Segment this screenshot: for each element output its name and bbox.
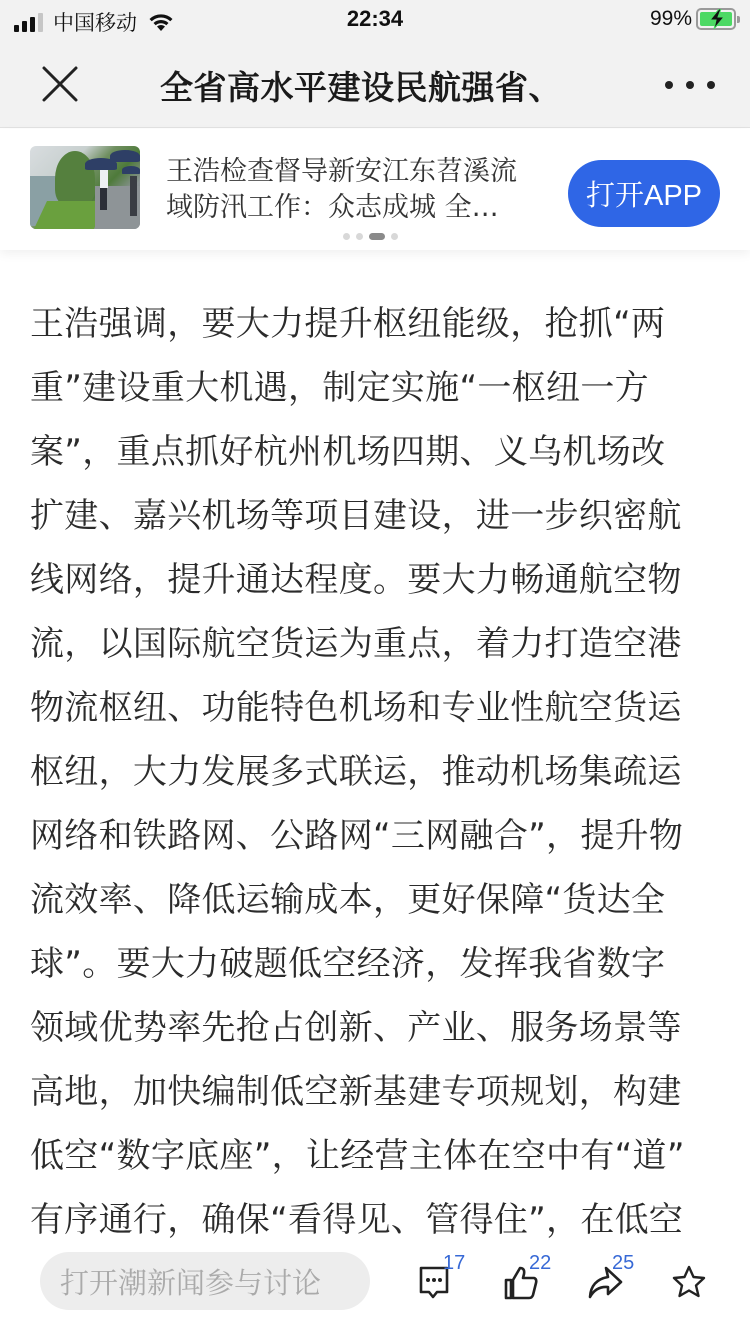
- article-line: 重”建设重大机遇，制定实施“一枢纽一方: [30, 356, 722, 420]
- status-right: 99%: [650, 7, 736, 31]
- banner-thumbnail[interactable]: [30, 146, 140, 229]
- carousel-indicator: [343, 233, 398, 240]
- article-line: 低空“数字底座”，让经营主体在空中有“道”: [30, 1124, 722, 1188]
- article-line: 球”。要大力破题低空经济，发挥我省数字: [30, 932, 722, 996]
- article-line: 线网络，提升通达程度。要大力畅通航空物: [30, 548, 722, 612]
- charging-bolt-icon: [708, 9, 726, 29]
- banner-headline-line2: 域防汛工作：众志成城 全…: [166, 190, 561, 226]
- carousel-dot: [343, 233, 350, 240]
- comment-count: 17: [443, 1252, 465, 1275]
- page-title: 全省高水平建设民航强省、: [160, 62, 610, 106]
- like-count: 22: [529, 1252, 551, 1275]
- share-button[interactable]: 25: [586, 1260, 646, 1304]
- article-line: 枢纽，大力发展多式联运，推动机场集疏运: [30, 740, 722, 804]
- article-line: 高地，加快编制低空新基建专项规划，构建: [30, 1060, 722, 1124]
- battery-percent: 99%: [650, 7, 692, 31]
- close-icon: [38, 62, 82, 106]
- carousel-dot: [391, 233, 398, 240]
- star-icon: [671, 1264, 707, 1300]
- status-time: 22:34: [0, 6, 750, 32]
- article-line: 网络和铁路网、公路网“三网融合”，提升物: [30, 804, 722, 868]
- status-bar: 中国移动 22:34 99%: [0, 0, 750, 40]
- banner-headline[interactable]: 王浩检查督导新安江东苕溪流 域防汛工作：众志成城 全…: [166, 154, 561, 226]
- bottom-bar: 打开潮新闻参与讨论 17 22 25: [0, 1238, 750, 1334]
- article-body: 王浩强调，要大力提升枢纽能级，抢抓“两 重”建设重大机遇，制定实施“一枢纽一方 …: [30, 292, 722, 1252]
- article-line: 王浩强调，要大力提升枢纽能级，抢抓“两: [30, 292, 722, 356]
- article-line: 领域优势率先抢占创新、产业、服务场景等: [30, 996, 722, 1060]
- article-line: 流，以国际航空货运为重点，着力打造空港: [30, 612, 722, 676]
- more-button[interactable]: [665, 70, 715, 100]
- article-line: 流效率、降低运输成本，更好保障“货达全: [30, 868, 722, 932]
- favorite-button[interactable]: [671, 1260, 711, 1304]
- banner-headline-line1: 王浩检查督导新安江东苕溪流: [166, 154, 561, 190]
- open-app-button[interactable]: 打开APP: [568, 160, 720, 227]
- app-banner[interactable]: 王浩检查督导新安江东苕溪流 域防汛工作：众志成城 全… 打开APP: [0, 129, 750, 250]
- comment-button[interactable]: 17: [417, 1260, 477, 1304]
- battery-icon: [696, 8, 736, 30]
- more-icon-dot: [686, 81, 694, 89]
- nav-bar: 全省高水平建设民航强省、: [0, 40, 750, 128]
- article-line: 物流枢纽、功能特色机场和专业性航空货运: [30, 676, 722, 740]
- close-button[interactable]: [38, 62, 82, 106]
- like-button[interactable]: 22: [503, 1260, 563, 1304]
- carousel-dot-active: [369, 233, 385, 240]
- more-icon-dot: [707, 81, 715, 89]
- carousel-dot: [356, 233, 363, 240]
- share-count: 25: [612, 1252, 634, 1275]
- article-line: 扩建、嘉兴机场等项目建设，进一步织密航: [30, 484, 722, 548]
- comment-input[interactable]: 打开潮新闻参与讨论: [40, 1252, 370, 1310]
- more-icon-dot: [665, 81, 673, 89]
- article-line: 案”，重点抓好杭州机场四期、义乌机场改: [30, 420, 722, 484]
